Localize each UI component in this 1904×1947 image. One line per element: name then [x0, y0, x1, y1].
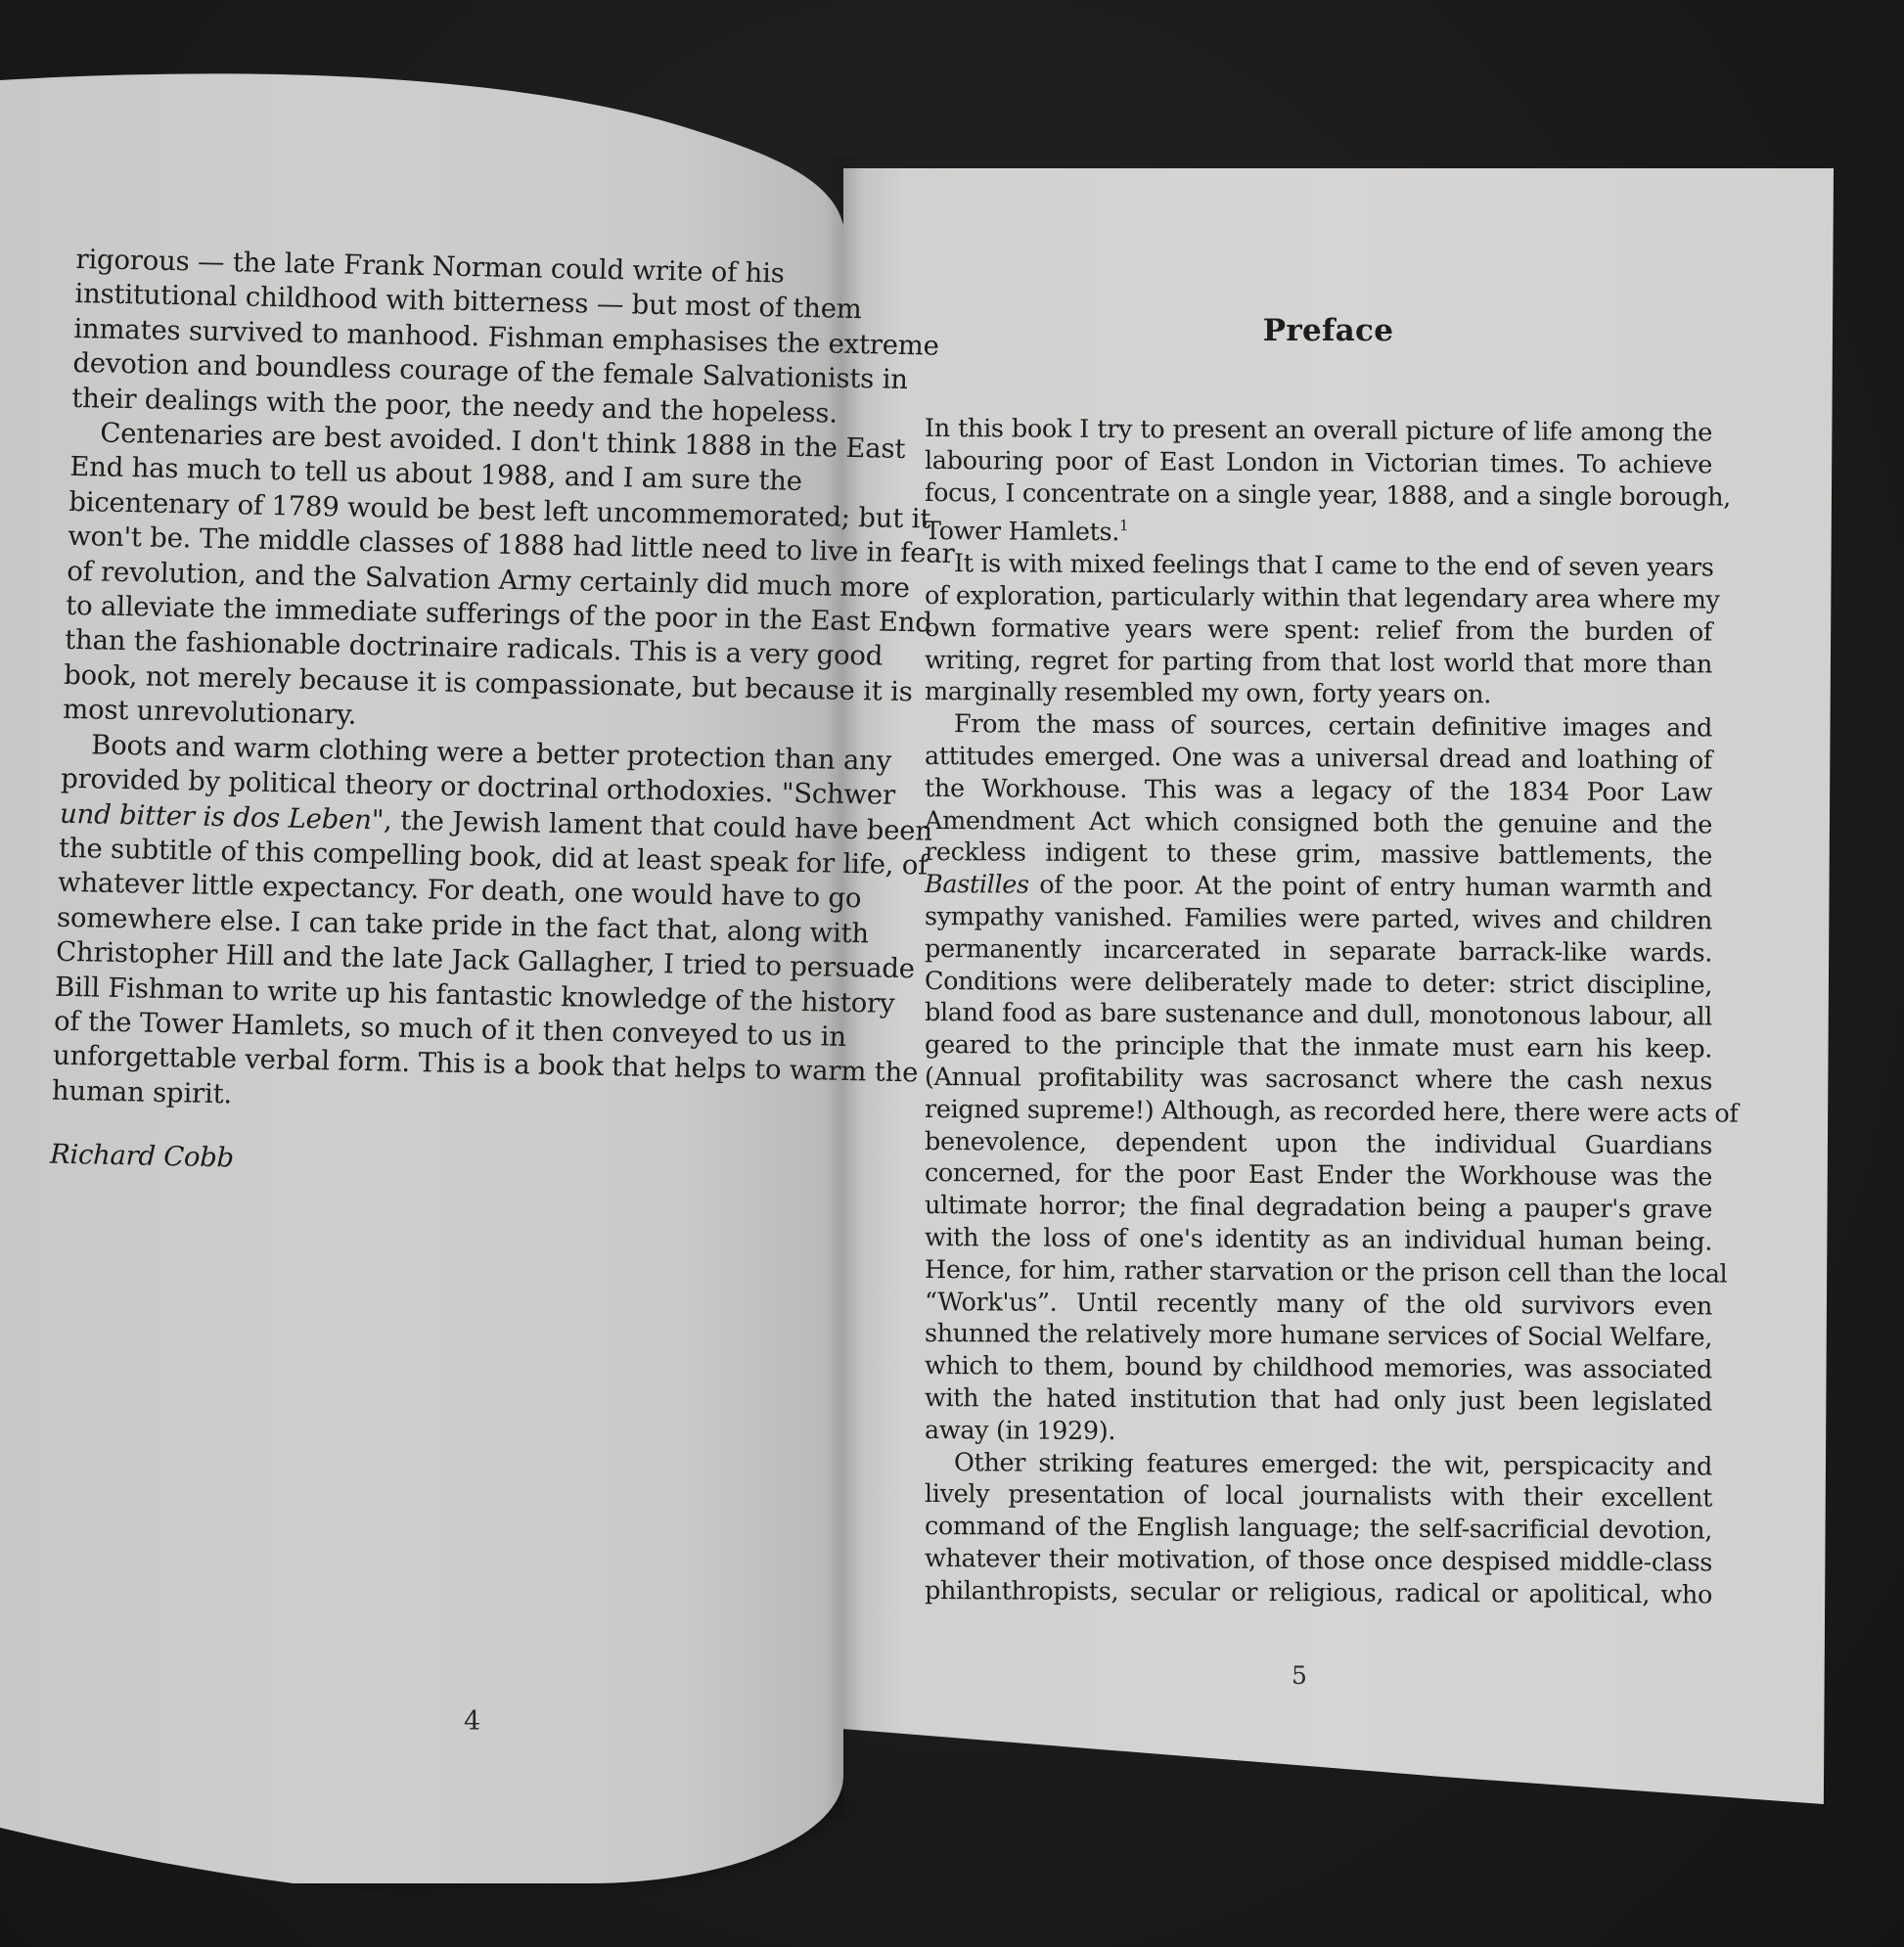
text-line: attitudes emerged. One was a universal d… — [925, 741, 1712, 777]
text-line: away (in 1929). — [925, 1415, 1712, 1451]
text-line: reckless indigent to these grim, massive… — [925, 837, 1712, 873]
text-line: ultimate horror; the final degradation b… — [925, 1190, 1712, 1226]
paragraph: Boots and warm clothing were a better pr… — [52, 728, 826, 1124]
text-line: focus, I concentrate on a single year, 1… — [925, 477, 1712, 514]
page-number-right: 5 — [1292, 1661, 1307, 1690]
text-line: of exploration, particularly within that… — [925, 580, 1712, 616]
text-line: It is with mixed feelings that I came to… — [925, 548, 1712, 584]
text-line: Amendment Act which consigned both the g… — [925, 805, 1712, 841]
text-line: philanthropists, secular or religious, r… — [925, 1575, 1712, 1611]
text-fragment: of the poor. At the point of entry human… — [1039, 871, 1712, 904]
text-line: command of the English language; the sel… — [925, 1511, 1712, 1547]
text-line: (Annual profitability was sacrosanct whe… — [925, 1062, 1712, 1098]
left-page-text: rigorous — the late Frank Norman could w… — [50, 243, 839, 1188]
page-number-left: 4 — [464, 1706, 480, 1737]
text-line: whatever their motivation, of those once… — [925, 1543, 1712, 1579]
chapter-title: Preface — [944, 313, 1712, 348]
footnote-marker: 1 — [1119, 518, 1128, 535]
italic-word: Bastilles — [925, 870, 1029, 900]
text-line: Hence, for him, rather starvation or the… — [925, 1254, 1712, 1290]
text-line: Tower Hamlets.1 — [925, 509, 1712, 552]
text-line: reigned supreme!) Although, as recorded … — [925, 1094, 1712, 1130]
text-line: with the hated institution that had only… — [925, 1382, 1712, 1419]
italic-quote: und bitter is dos Leben — [60, 797, 372, 835]
text-line: geared to the principle that the inmate … — [925, 1029, 1712, 1065]
text-line: which to them, bound by childhood memori… — [925, 1350, 1712, 1386]
text-line: Bastilles of the poor. At the point of e… — [925, 869, 1712, 905]
text-line: Conditions were deliberately made to det… — [925, 966, 1712, 1002]
text-line: lively presentation of local journalists… — [925, 1478, 1712, 1515]
text-line: bland food as bare sustenance and dull, … — [925, 997, 1712, 1033]
text-fragment: Tower Hamlets. — [925, 517, 1119, 547]
book-spread-photo: rigorous — the late Frank Norman could w… — [0, 0, 1904, 1947]
text-line: From the mass of sources, certain defini… — [925, 708, 1712, 745]
text-line: writing, regret for parting from that lo… — [925, 645, 1712, 681]
text-line: own formative years were spent: relief f… — [925, 612, 1712, 649]
text-line: In this book I try to present an overall… — [925, 413, 1712, 449]
text-line: labouring poor of East London in Victori… — [925, 445, 1712, 481]
text-line: with the loss of one's identity as an in… — [925, 1222, 1712, 1258]
paragraph: rigorous — the late Frank Norman could w… — [71, 243, 839, 431]
text-line: sympathy vanished. Families were parted,… — [925, 901, 1712, 937]
text-line: marginally resembled my own, forty years… — [925, 676, 1712, 712]
text-line: permanently incarcerated in separate bar… — [925, 933, 1712, 970]
text-line: Other striking features emerged: the wit… — [925, 1447, 1712, 1483]
text-line: “Work'us”. Until recently many of the ol… — [925, 1287, 1712, 1323]
text-line: benevolence, dependent upon the individu… — [925, 1126, 1712, 1162]
preface-body: In this book I try to present an overall… — [925, 413, 1712, 1611]
paragraph: Centenaries are best avoided. I don't th… — [63, 416, 835, 743]
right-page-text: Preface In this book I try to present an… — [925, 313, 1712, 1607]
text-line: the Workhouse. This was a legacy of the … — [925, 773, 1712, 809]
text-line: concerned, for the poor East Ender the W… — [925, 1157, 1712, 1194]
text-line: shunned the relatively more humane servi… — [925, 1318, 1712, 1354]
